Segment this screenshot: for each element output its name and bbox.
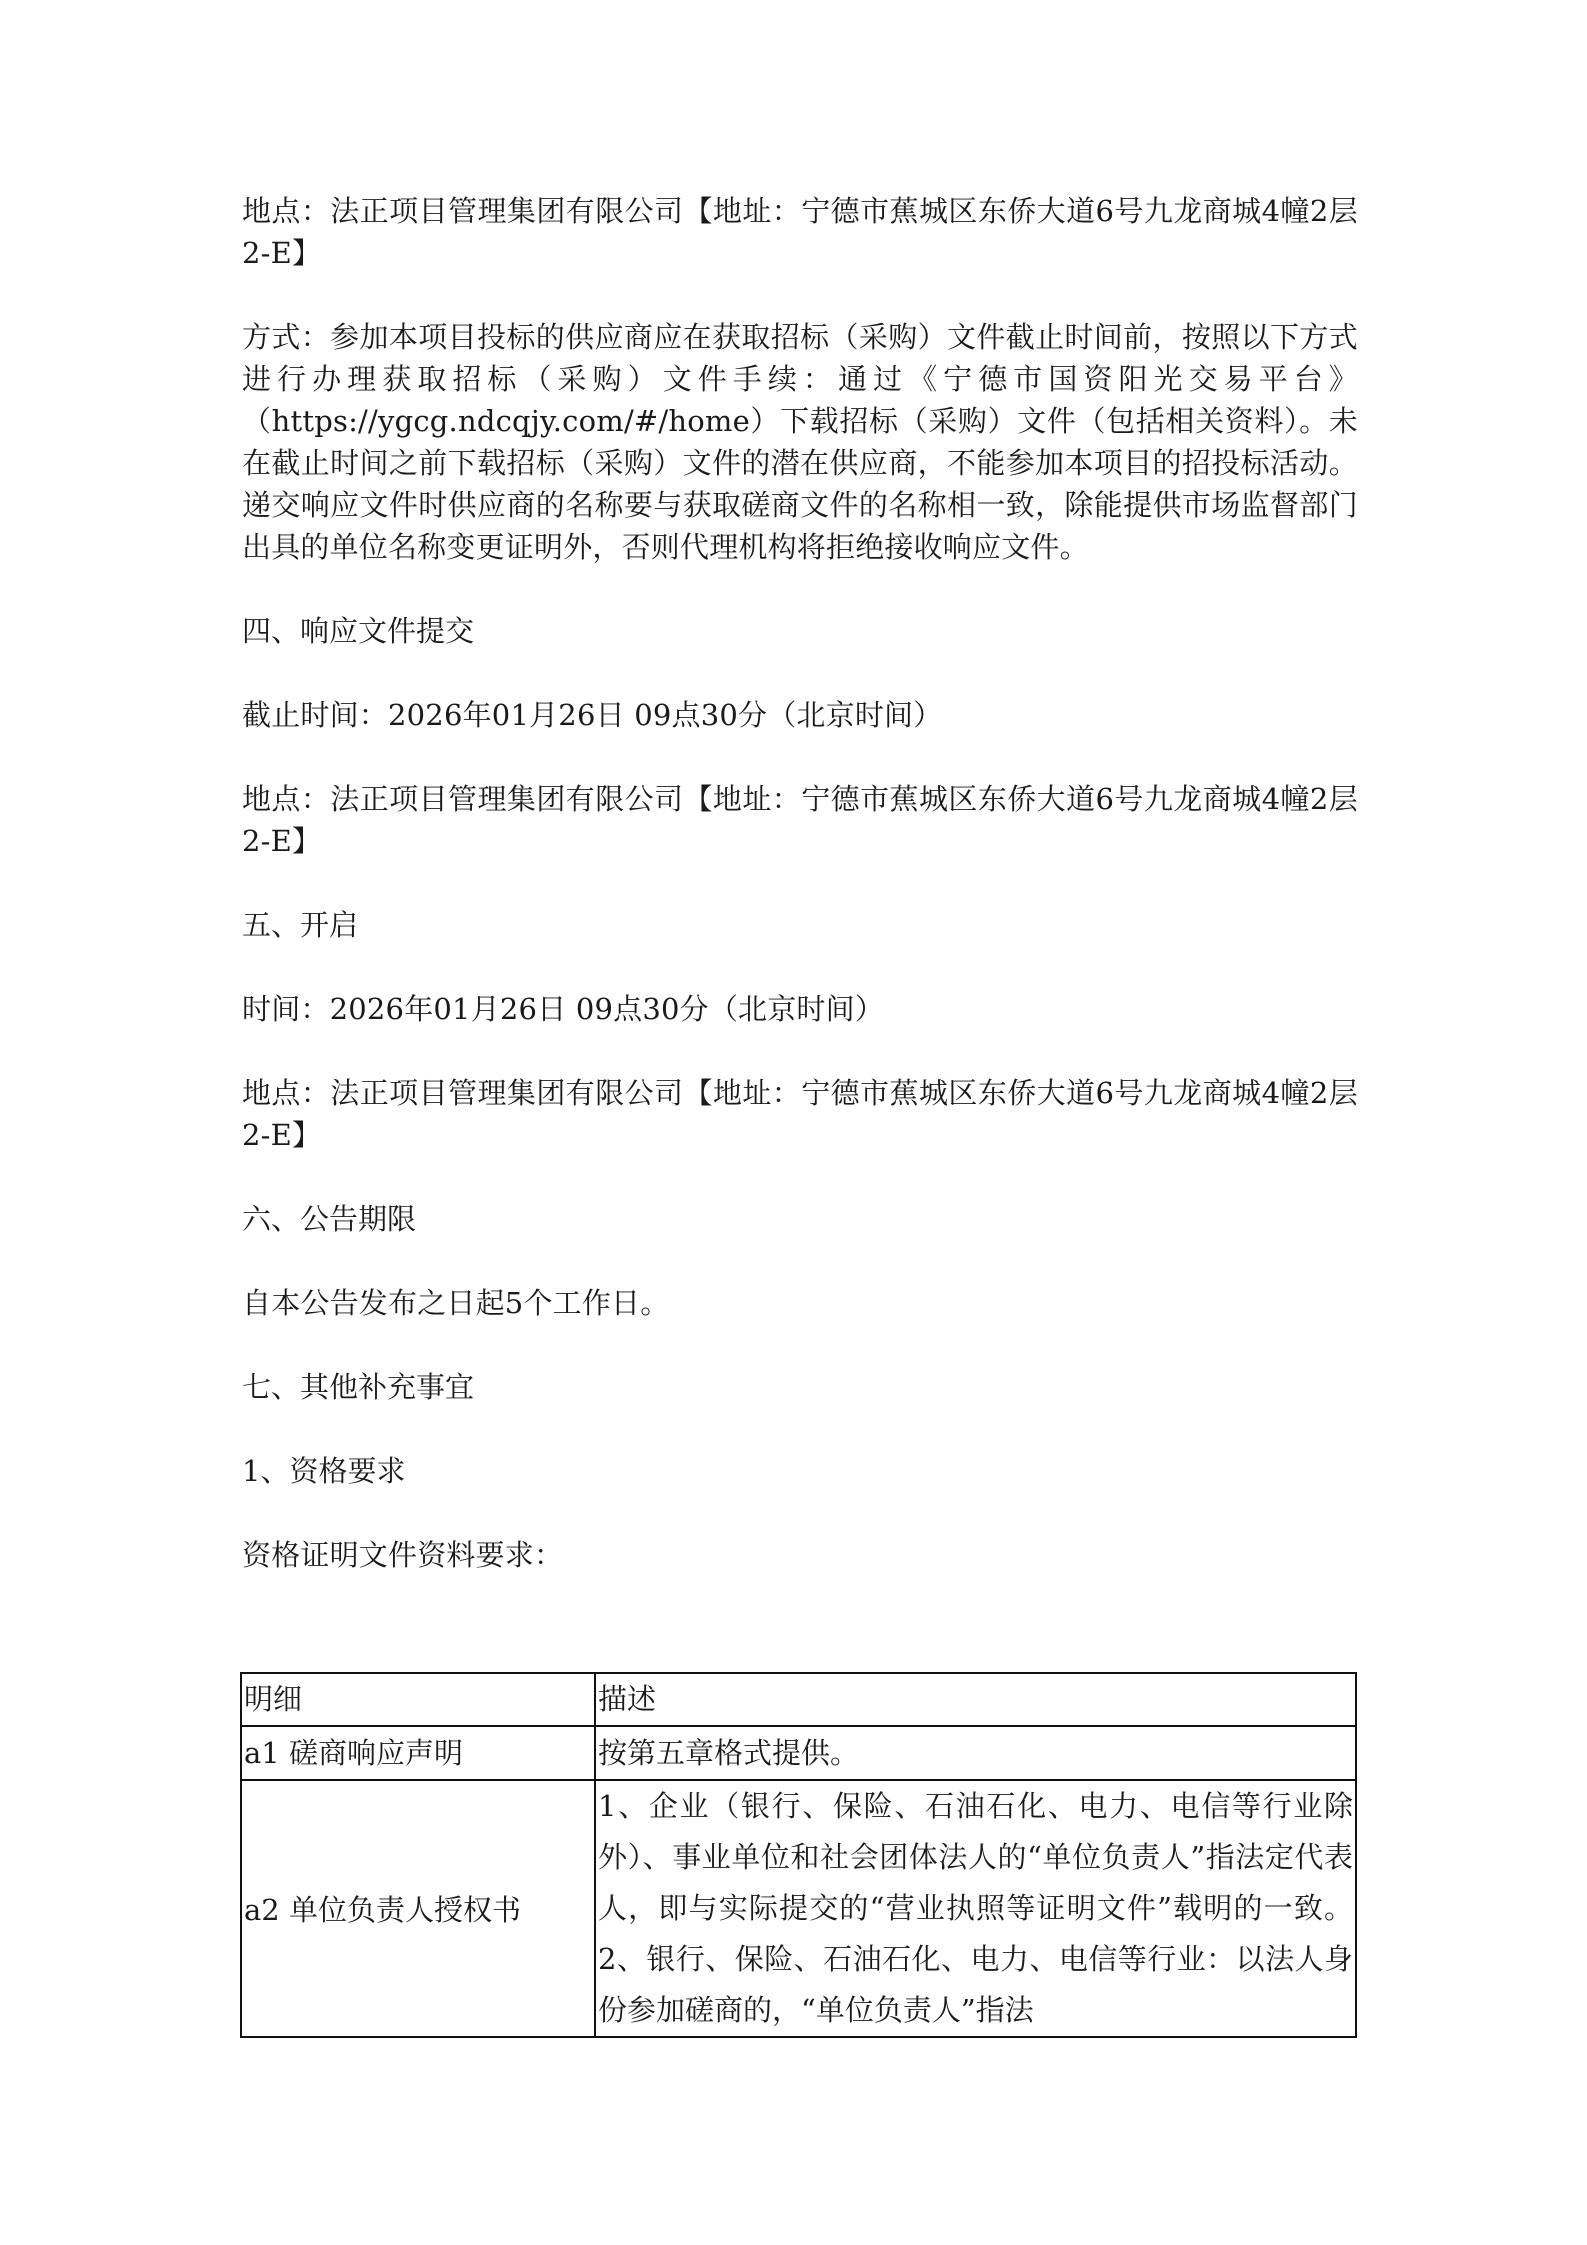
submission-deadline: 截止时间：2026年01月26日 09点30分（北京时间） — [242, 694, 1358, 736]
table-header-description: 描述 — [595, 1673, 1356, 1726]
notice-period-text: 自本公告发布之日起5个工作日。 — [242, 1282, 1358, 1324]
table-cell-description: 1、企业（银行、保险、石油石化、电力、电信等行业除外）、事业单位和社会团体法人的… — [595, 1780, 1356, 2037]
qualification-table: 明细 描述 a1 磋商响应声明 按第五章格式提供。 a2 单位负责人授权书 1、… — [240, 1672, 1357, 2038]
opening-location: 地点：法正项目管理集团有限公司【地址：宁德市蕉城区东侨大道6号九龙商城4幢2层2… — [242, 1072, 1358, 1156]
table-cell-description: 按第五章格式提供。 — [595, 1726, 1356, 1780]
subheading-qualification: 1、资格要求 — [242, 1450, 1358, 1492]
table-cell-item: a1 磋商响应声明 — [241, 1726, 595, 1780]
table-cell-item: a2 单位负责人授权书 — [241, 1780, 595, 2037]
location-paragraph: 地点：法正项目管理集团有限公司【地址：宁德市蕉城区东侨大道6号九龙商城4幢2层2… — [242, 190, 1358, 274]
table-header-item: 明细 — [241, 1673, 595, 1726]
qualification-docs-intro: 资格证明文件资料要求： — [242, 1534, 1358, 1576]
submission-location: 地点：法正项目管理集团有限公司【地址：宁德市蕉城区东侨大道6号九龙商城4幢2层2… — [242, 778, 1358, 862]
table-row: a2 单位负责人授权书 1、企业（银行、保险、石油石化、电力、电信等行业除外）、… — [241, 1780, 1356, 2037]
table-row: a1 磋商响应声明 按第五章格式提供。 — [241, 1726, 1356, 1780]
table-header-row: 明细 描述 — [241, 1673, 1356, 1726]
section-heading-notice-period: 六、公告期限 — [242, 1198, 1358, 1240]
method-paragraph: 方式：参加本项目投标的供应商应在获取招标（采购）文件截止时间前，按照以下方式进行… — [242, 316, 1358, 568]
section-heading-other-matters: 七、其他补充事宜 — [242, 1366, 1358, 1408]
section-heading-opening: 五、开启 — [242, 904, 1358, 946]
section-heading-submission: 四、响应文件提交 — [242, 610, 1358, 652]
opening-time: 时间：2026年01月26日 09点30分（北京时间） — [242, 988, 1358, 1030]
document-page: 地点：法正项目管理集团有限公司【地址：宁德市蕉城区东侨大道6号九龙商城4幢2层2… — [242, 190, 1358, 1576]
